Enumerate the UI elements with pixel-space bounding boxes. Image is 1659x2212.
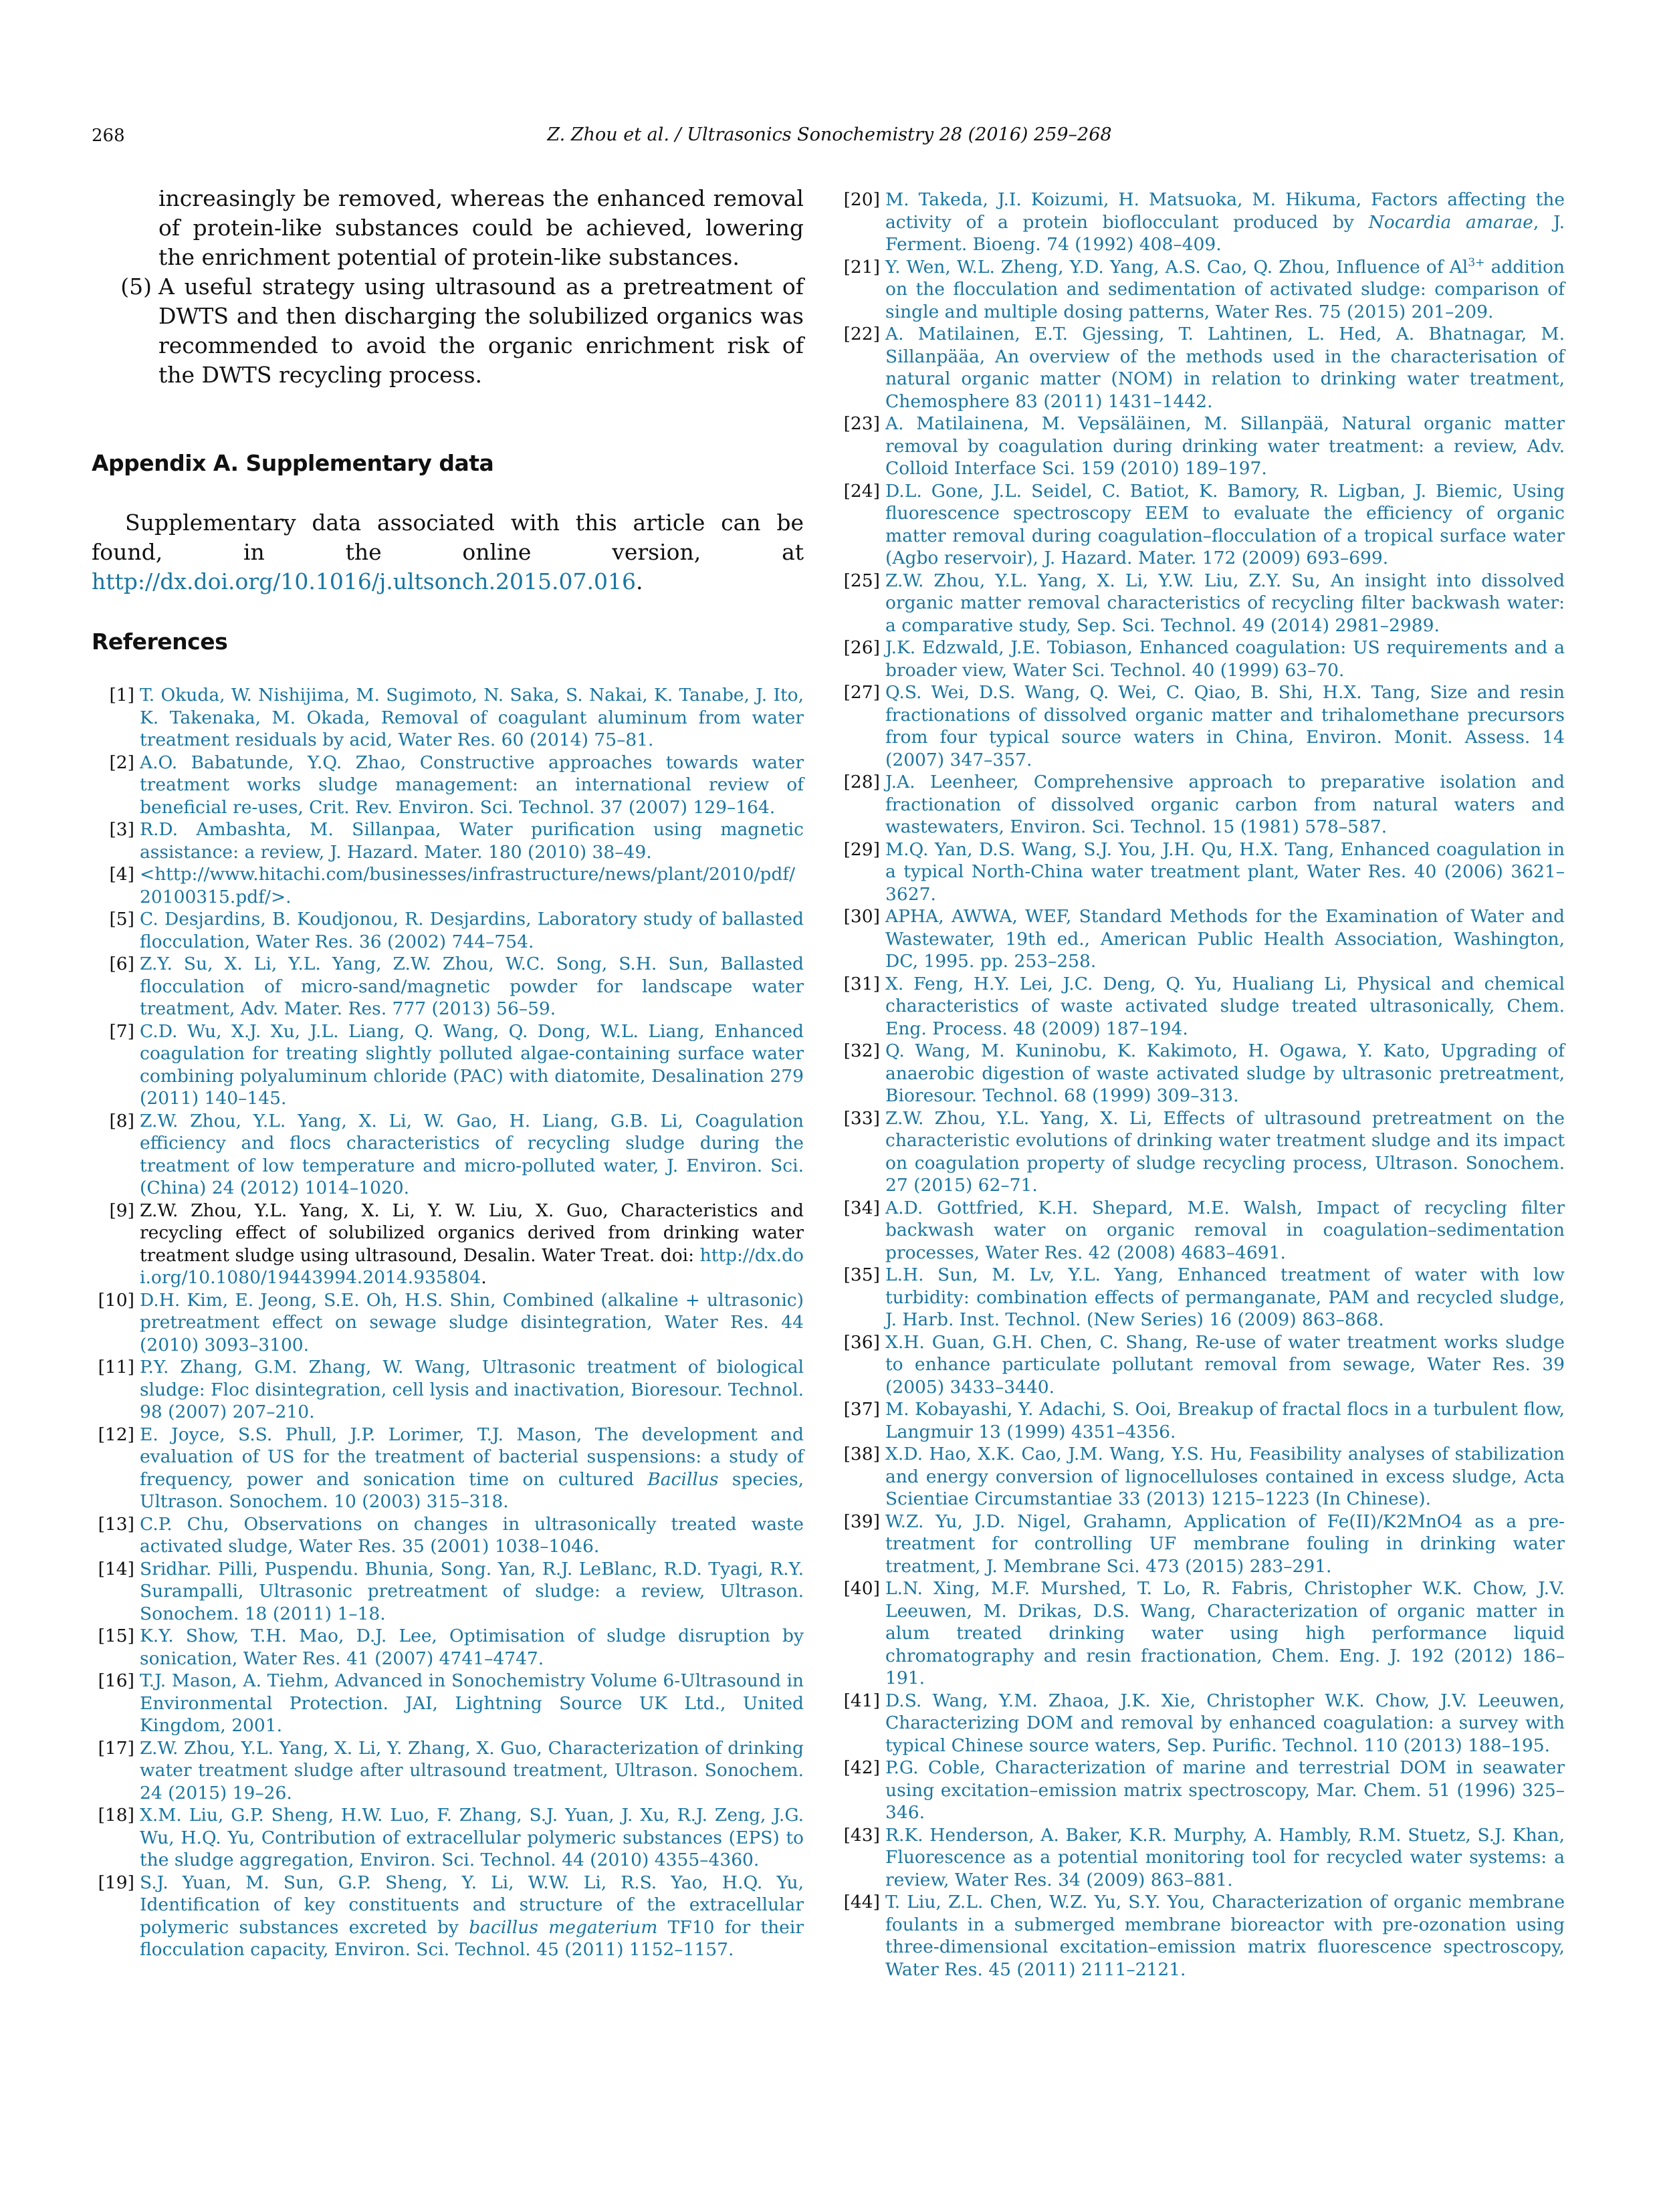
- reference-item: [36]X.H. Guan, G.H. Chen, C. Shang, Re-u…: [841, 1331, 1565, 1399]
- reference-link[interactable]: L.H. Sun, M. Lv, Y.L. Yang, Enhanced tre…: [885, 1264, 1565, 1331]
- reference-link[interactable]: M. Kobayashi, Y. Adachi, S. Ooi, Breakup…: [885, 1398, 1565, 1443]
- reference-link[interactable]: Q.S. Wei, D.S. Wang, Q. Wei, C. Qiao, B.…: [885, 681, 1565, 771]
- reference-link[interactable]: A. Matilainen, E.T. Gjessing, T. Lahtine…: [885, 323, 1565, 413]
- reference-item: [1]T. Okuda, W. Nishijima, M. Sugimoto, …: [92, 684, 804, 752]
- reference-number: [10]: [92, 1289, 140, 1357]
- reference-item: [16]T.J. Mason, A. Tiehm, Advanced in So…: [92, 1670, 804, 1737]
- reference-item: [22]A. Matilainen, E.T. Gjessing, T. Lah…: [841, 323, 1565, 413]
- reference-number: [6]: [92, 953, 140, 1020]
- reference-number: [19]: [92, 1872, 140, 1961]
- period: .: [481, 1267, 486, 1288]
- reference-link[interactable]: Sridhar. Pilli, Puspendu. Bhunia, Song. …: [140, 1558, 804, 1626]
- reference-link[interactable]: P.Y. Zhang, G.M. Zhang, W. Wang, Ultraso…: [140, 1356, 804, 1424]
- reference-item: [44]T. Liu, Z.L. Chen, W.Z. Yu, S.Y. You…: [841, 1891, 1565, 1981]
- reference-number: [25]: [841, 570, 885, 637]
- reference-item: [7]C.D. Wu, X.J. Xu, J.L. Liang, Q. Wang…: [92, 1020, 804, 1110]
- reference-number: [37]: [841, 1398, 885, 1443]
- supplementary-doi-link[interactable]: http://dx.doi.org/10.1016/j.ultsonch.201…: [92, 568, 636, 594]
- reference-item: [28]J.A. Leenheer, Comprehensive approac…: [841, 771, 1565, 839]
- reference-link[interactable]: L.N. Xing, M.F. Murshed, T. Lo, R. Fabri…: [885, 1577, 1565, 1690]
- reference-link[interactable]: T.J. Mason, A. Tiehm, Advanced in Sonoch…: [140, 1670, 804, 1737]
- reference-number: [21]: [841, 256, 885, 324]
- reference-link[interactable]: A. Matilainena, M. Vepsäläinen, M. Silla…: [885, 413, 1565, 480]
- reference-number: [23]: [841, 413, 885, 480]
- reference-link[interactable]: A.D. Gottfried, K.H. Shepard, M.E. Walsh…: [885, 1197, 1565, 1264]
- reference-link[interactable]: Q. Wang, M. Kuninobu, K. Kakimoto, H. Og…: [885, 1040, 1565, 1107]
- reference-link[interactable]: Z.W. Zhou, Y.L. Yang, X. Li, Y. Zhang, X…: [140, 1737, 804, 1805]
- reference-number: [20]: [841, 189, 885, 256]
- reference-item: [19]S.J. Yuan, M. Sun, G.P. Sheng, Y. Li…: [92, 1872, 804, 1961]
- reference-list-left: [1]T. Okuda, W. Nishijima, M. Sugimoto, …: [92, 684, 804, 1961]
- reference-item: [33]Z.W. Zhou, Y.L. Yang, X. Li, Effects…: [841, 1107, 1565, 1197]
- reference-item: [20]M. Takeda, J.I. Koizumi, H. Matsuoka…: [841, 189, 1565, 256]
- reference-item: [3]R.D. Ambashta, M. Sillanpaa, Water pu…: [92, 818, 804, 863]
- reference-link[interactable]: X.H. Guan, G.H. Chen, C. Shang, Re-use o…: [885, 1331, 1565, 1399]
- conclusion-item-5-text: A useful strategy using ultrasound as a …: [158, 272, 804, 390]
- reference-item: [34]A.D. Gottfried, K.H. Shepard, M.E. W…: [841, 1197, 1565, 1264]
- reference-number: [9]: [92, 1200, 140, 1289]
- reference-item: [26]J.K. Edzwald, J.E. Tobiason, Enhance…: [841, 637, 1565, 681]
- running-head: Z. Zhou et al. / Ultrasonics Sonochemist…: [0, 124, 1659, 145]
- reference-item: [9]Z.W. Zhou, Y.L. Yang, X. Li, Y. W. Li…: [92, 1200, 804, 1289]
- reference-item: [4]<http://www.hitachi.com/businesses/in…: [92, 863, 804, 908]
- reference-number: [24]: [841, 480, 885, 570]
- reference-number: [28]: [841, 771, 885, 839]
- reference-list-right: [20]M. Takeda, J.I. Koizumi, H. Matsuoka…: [841, 189, 1565, 1981]
- reference-link[interactable]: R.D. Ambashta, M. Sillanpaa, Water purif…: [140, 818, 804, 863]
- reference-number: [40]: [841, 1577, 885, 1690]
- reference-item: [13]C.P. Chu, Observations on changes in…: [92, 1513, 804, 1558]
- reference-link[interactable]: T. Liu, Z.L. Chen, W.Z. Yu, S.Y. You, Ch…: [885, 1891, 1565, 1981]
- reference-item: [14]Sridhar. Pilli, Puspendu. Bhunia, So…: [92, 1558, 804, 1626]
- reference-number: [42]: [841, 1757, 885, 1824]
- reference-number: [35]: [841, 1264, 885, 1331]
- reference-link[interactable]: Z.W. Zhou, Y.L. Yang, X. Li, Effects of …: [885, 1107, 1565, 1197]
- reference-item: [31]X. Feng, H.Y. Lei, J.C. Deng, Q. Yu,…: [841, 973, 1565, 1040]
- reference-item: [18]X.M. Liu, G.P. Sheng, H.W. Luo, F. Z…: [92, 1804, 804, 1872]
- reference-item: [11]P.Y. Zhang, G.M. Zhang, W. Wang, Ult…: [92, 1356, 804, 1424]
- species-name: Nocardia amarae: [1369, 212, 1533, 233]
- reference-number: [8]: [92, 1110, 140, 1200]
- reference-link[interactable]: W.Z. Yu, J.D. Nigel, Grahamn, Applicatio…: [885, 1511, 1565, 1578]
- reference-number: [18]: [92, 1804, 140, 1872]
- reference-number: [31]: [841, 973, 885, 1040]
- reference-item: [32]Q. Wang, M. Kuninobu, K. Kakimoto, H…: [841, 1040, 1565, 1107]
- conclusion-item-4-continuation: increasingly be removed, whereas the enh…: [92, 184, 804, 272]
- reference-link[interactable]: J.K. Edzwald, J.E. Tobiason, Enhanced co…: [885, 637, 1565, 681]
- reference-link[interactable]: C.P. Chu, Observations on changes in ult…: [140, 1513, 804, 1558]
- reference-number: [33]: [841, 1107, 885, 1197]
- reference-item: [17]Z.W. Zhou, Y.L. Yang, X. Li, Y. Zhan…: [92, 1737, 804, 1805]
- reference-number: [15]: [92, 1625, 140, 1670]
- period: .: [636, 568, 643, 594]
- reference-number: [41]: [841, 1690, 885, 1757]
- reference-number: [14]: [92, 1558, 140, 1626]
- reference-item: [38]X.D. Hao, X.K. Cao, J.M. Wang, Y.S. …: [841, 1443, 1565, 1511]
- conclusion-item-5: (5) A useful strategy using ultrasound a…: [92, 272, 804, 390]
- reference-link[interactable]: R.K. Henderson, A. Baker, K.R. Murphy, A…: [885, 1824, 1565, 1892]
- reference-item: [24]D.L. Gone, J.L. Seidel, C. Batiot, K…: [841, 480, 1565, 570]
- reference-number: [1]: [92, 684, 140, 752]
- reference-link[interactable]: M.Q. Yan, D.S. Wang, S.J. You, J.H. Qu, …: [885, 839, 1565, 906]
- reference-link[interactable]: C. Desjardins, B. Koudjonou, R. Desjardi…: [140, 908, 804, 953]
- reference-link[interactable]: X.M. Liu, G.P. Sheng, H.W. Luo, F. Zhang…: [140, 1804, 804, 1872]
- reference-link[interactable]: T. Okuda, W. Nishijima, M. Sugimoto, N. …: [140, 684, 804, 752]
- reference-link[interactable]: Z.W. Zhou, Y.L. Yang, X. Li, Y.W. Liu, Z…: [885, 570, 1565, 637]
- reference-text: Z.W. Zhou, Y.L. Yang, X. Li, Y. W. Liu, …: [140, 1200, 804, 1289]
- reference-number: [43]: [841, 1824, 885, 1892]
- reference-link[interactable]: <http://www.hitachi.com/businesses/infra…: [140, 863, 804, 908]
- reference-number: [17]: [92, 1737, 140, 1805]
- reference-item: [43]R.K. Henderson, A. Baker, K.R. Murph…: [841, 1824, 1565, 1892]
- reference-link[interactable]: J.A. Leenheer, Comprehensive approach to…: [885, 771, 1565, 839]
- supplementary-paragraph: Supplementary data associated with this …: [92, 508, 804, 596]
- reference-number: [30]: [841, 905, 885, 973]
- reference-number: [7]: [92, 1020, 140, 1110]
- reference-item: [42]P.G. Coble, Characterization of mari…: [841, 1757, 1565, 1824]
- reference-item: [23]A. Matilainena, M. Vepsäläinen, M. S…: [841, 413, 1565, 480]
- reference-link[interactable]: APHA, AWWA, WEF, Standard Methods for th…: [885, 905, 1565, 973]
- references-heading: References: [92, 629, 804, 655]
- reference-item: [10]D.H. Kim, E. Jeong, S.E. Oh, H.S. Sh…: [92, 1289, 804, 1357]
- reference-link[interactable]: C.D. Wu, X.J. Xu, J.L. Liang, Q. Wang, Q…: [140, 1020, 804, 1110]
- reference-number: [16]: [92, 1670, 140, 1737]
- reference-item: [12]E. Joyce, S.S. Phull, J.P. Lorimer, …: [92, 1424, 804, 1513]
- reference-number: [44]: [841, 1891, 885, 1981]
- reference-number: [13]: [92, 1513, 140, 1558]
- species-name: Bacillus: [647, 1469, 718, 1490]
- supplementary-text: Supplementary data associated with this …: [92, 510, 804, 565]
- reference-item: [35]L.H. Sun, M. Lv, Y.L. Yang, Enhanced…: [841, 1264, 1565, 1331]
- reference-number: [22]: [841, 323, 885, 413]
- reference-link[interactable]: X.D. Hao, X.K. Cao, J.M. Wang, Y.S. Hu, …: [885, 1443, 1565, 1511]
- appendix-heading: Appendix A. Supplementary data: [92, 450, 804, 476]
- reference-item: [8]Z.W. Zhou, Y.L. Yang, X. Li, W. Gao, …: [92, 1110, 804, 1200]
- reference-number: [11]: [92, 1356, 140, 1424]
- reference-item: [37]M. Kobayashi, Y. Adachi, S. Ooi, Bre…: [841, 1398, 1565, 1443]
- reference-link[interactable]: M. Takeda, J.I. Koizumi, H. Matsuoka, M.…: [885, 189, 1565, 256]
- reference-number: [29]: [841, 839, 885, 906]
- superscript: 3+: [1468, 256, 1484, 269]
- reference-link[interactable]: Z.W. Zhou, Y.L. Yang, X. Li, W. Gao, H. …: [140, 1110, 804, 1200]
- reference-link[interactable]: D.S. Wang, Y.M. Zhaoa, J.K. Xie, Christo…: [885, 1690, 1565, 1757]
- species-name: bacillus megaterium: [469, 1917, 657, 1938]
- reference-item: [21]Y. Wen, W.L. Zheng, Y.D. Yang, A.S. …: [841, 256, 1565, 324]
- reference-number: [5]: [92, 908, 140, 953]
- reference-number: [38]: [841, 1443, 885, 1511]
- reference-item: [40]L.N. Xing, M.F. Murshed, T. Lo, R. F…: [841, 1577, 1565, 1690]
- list-marker: (5): [92, 272, 158, 390]
- reference-item: [39]W.Z. Yu, J.D. Nigel, Grahamn, Applic…: [841, 1511, 1565, 1578]
- reference-link[interactable]: S.J. Yuan, M. Sun, G.P. Sheng, Y. Li, W.…: [140, 1872, 804, 1961]
- reference-link[interactable]: Y. Wen, W.L. Zheng, Y.D. Yang, A.S. Cao,…: [885, 256, 1565, 324]
- reference-item: [30] APHA, AWWA, WEF, Standard Methods f…: [841, 905, 1565, 973]
- reference-item: [29]M.Q. Yan, D.S. Wang, S.J. You, J.H. …: [841, 839, 1565, 906]
- reference-number: [39]: [841, 1511, 885, 1578]
- reference-item: [15]K.Y. Show, T.H. Mao, D.J. Lee, Optim…: [92, 1625, 804, 1670]
- reference-item: [41]D.S. Wang, Y.M. Zhaoa, J.K. Xie, Chr…: [841, 1690, 1565, 1757]
- reference-number: [4]: [92, 863, 140, 908]
- reference-number: [36]: [841, 1331, 885, 1399]
- reference-link[interactable]: P.G. Coble, Characterization of marine a…: [885, 1757, 1565, 1824]
- reference-link[interactable]: D.H. Kim, E. Jeong, S.E. Oh, H.S. Shin, …: [140, 1289, 804, 1357]
- reference-item: [27]Q.S. Wei, D.S. Wang, Q. Wei, C. Qiao…: [841, 681, 1565, 771]
- reference-link[interactable]: Z.Y. Su, X. Li, Y.L. Yang, Z.W. Zhou, W.…: [140, 953, 804, 1020]
- reference-link[interactable]: A.O. Babatunde, Y.Q. Zhao, Constructive …: [140, 752, 804, 819]
- reference-link[interactable]: E. Joyce, S.S. Phull, J.P. Lorimer, T.J.…: [140, 1424, 804, 1513]
- left-column: increasingly be removed, whereas the enh…: [92, 184, 804, 1961]
- reference-link[interactable]: X. Feng, H.Y. Lei, J.C. Deng, Q. Yu, Hua…: [885, 973, 1565, 1040]
- reference-text-part: Y. Wen, W.L. Zheng, Y.D. Yang, A.S. Cao,…: [885, 257, 1468, 278]
- reference-item: [2]A.O. Babatunde, Y.Q. Zhao, Constructi…: [92, 752, 804, 819]
- reference-number: [3]: [92, 818, 140, 863]
- reference-link[interactable]: K.Y. Show, T.H. Mao, D.J. Lee, Optimisat…: [140, 1625, 804, 1670]
- reference-number: [27]: [841, 681, 885, 771]
- reference-link[interactable]: D.L. Gone, J.L. Seidel, C. Batiot, K. Ba…: [885, 480, 1565, 570]
- reference-item: [5]C. Desjardins, B. Koudjonou, R. Desja…: [92, 908, 804, 953]
- reference-number: [34]: [841, 1197, 885, 1264]
- reference-number: [32]: [841, 1040, 885, 1107]
- reference-number: [12]: [92, 1424, 140, 1513]
- reference-item: [6]Z.Y. Su, X. Li, Y.L. Yang, Z.W. Zhou,…: [92, 953, 804, 1020]
- reference-number: [2]: [92, 752, 140, 819]
- reference-number: [26]: [841, 637, 885, 681]
- reference-item: [25]Z.W. Zhou, Y.L. Yang, X. Li, Y.W. Li…: [841, 570, 1565, 637]
